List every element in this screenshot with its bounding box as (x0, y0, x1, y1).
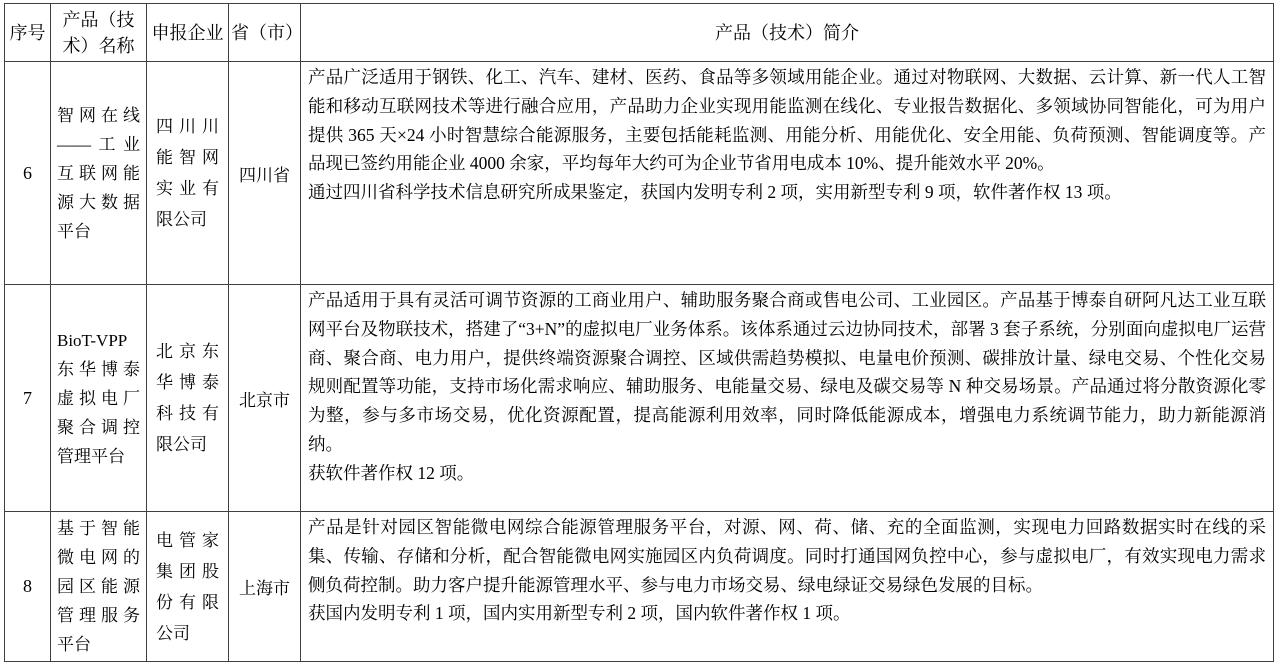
table-row: 8 基于智能微电网的园区能源管理服务平台 电管家集团股份有限公司 上海市 产品是… (5, 512, 1274, 662)
province-cell: 上海市 (229, 512, 301, 662)
description-cell: 产品适用于具有灵活可调节资源的工商业用户、辅助服务聚合商或售电公司、工业园区。产… (301, 285, 1274, 512)
row-no-cell: 8 (5, 512, 51, 662)
description-paragraph: 获国内发明专利 1 项，国内实用新型专利 2 项，国内软件著作权 1 项。 (308, 599, 1266, 628)
company-cell: 四川川能智网实业有限公司 (147, 62, 229, 285)
company-cell: 北京东华博泰科技有限公司 (147, 285, 229, 512)
document-page: 序号 产品（技术）名称 申报企业 省（市） 产品（技术）简介 6 智网在线——工… (0, 0, 1278, 671)
row-no-cell: 6 (5, 62, 51, 285)
description-paragraph: 获软件著作权 12 项。 (308, 459, 1266, 488)
col-header-product-name: 产品（技术）名称 (51, 4, 147, 62)
description-cell: 产品广泛适用于钢铁、化工、汽车、建材、医药、食品等多领域用能企业。通过对物联网、… (301, 62, 1274, 285)
col-header-company: 申报企业 (147, 4, 229, 62)
description-paragraph: 通过四川省科学技术信息研究所成果鉴定，获国内发明专利 2 项，实用新型专利 9 … (308, 178, 1266, 207)
product-name-cell: 智网在线——工业互联网能源大数据平台 (51, 62, 147, 285)
description-paragraph: 产品适用于具有灵活可调节资源的工商业用户、辅助服务聚合商或售电公司、工业园区。产… (308, 286, 1266, 459)
table-row: 7 BioT-VPP东华博泰虚拟电厂聚合调控管理平台 北京东华博泰科技有限公司 … (5, 285, 1274, 512)
province-cell: 四川省 (229, 62, 301, 285)
company-cell: 电管家集团股份有限公司 (147, 512, 229, 662)
description-cell: 产品是针对园区智能微电网综合能源管理服务平台，对源、网、荷、储、充的全面监测，实… (301, 512, 1274, 662)
table-header-row: 序号 产品（技术）名称 申报企业 省（市） 产品（技术）简介 (5, 4, 1274, 62)
description-paragraph: 产品广泛适用于钢铁、化工、汽车、建材、医药、食品等多领域用能企业。通过对物联网、… (308, 63, 1266, 178)
product-name-cell: 基于智能微电网的园区能源管理服务平台 (51, 512, 147, 662)
description-paragraph: 产品是针对园区智能微电网综合能源管理服务平台，对源、网、荷、储、充的全面监测，实… (308, 513, 1266, 599)
col-header-description: 产品（技术）简介 (301, 4, 1274, 62)
product-name-cell: BioT-VPP东华博泰虚拟电厂聚合调控管理平台 (51, 285, 147, 512)
province-cell: 北京市 (229, 285, 301, 512)
row-no-cell: 7 (5, 285, 51, 512)
table-row: 6 智网在线——工业互联网能源大数据平台 四川川能智网实业有限公司 四川省 产品… (5, 62, 1274, 285)
col-header-province: 省（市） (229, 4, 301, 62)
products-table: 序号 产品（技术）名称 申报企业 省（市） 产品（技术）简介 6 智网在线——工… (4, 3, 1274, 662)
col-header-no: 序号 (5, 4, 51, 62)
